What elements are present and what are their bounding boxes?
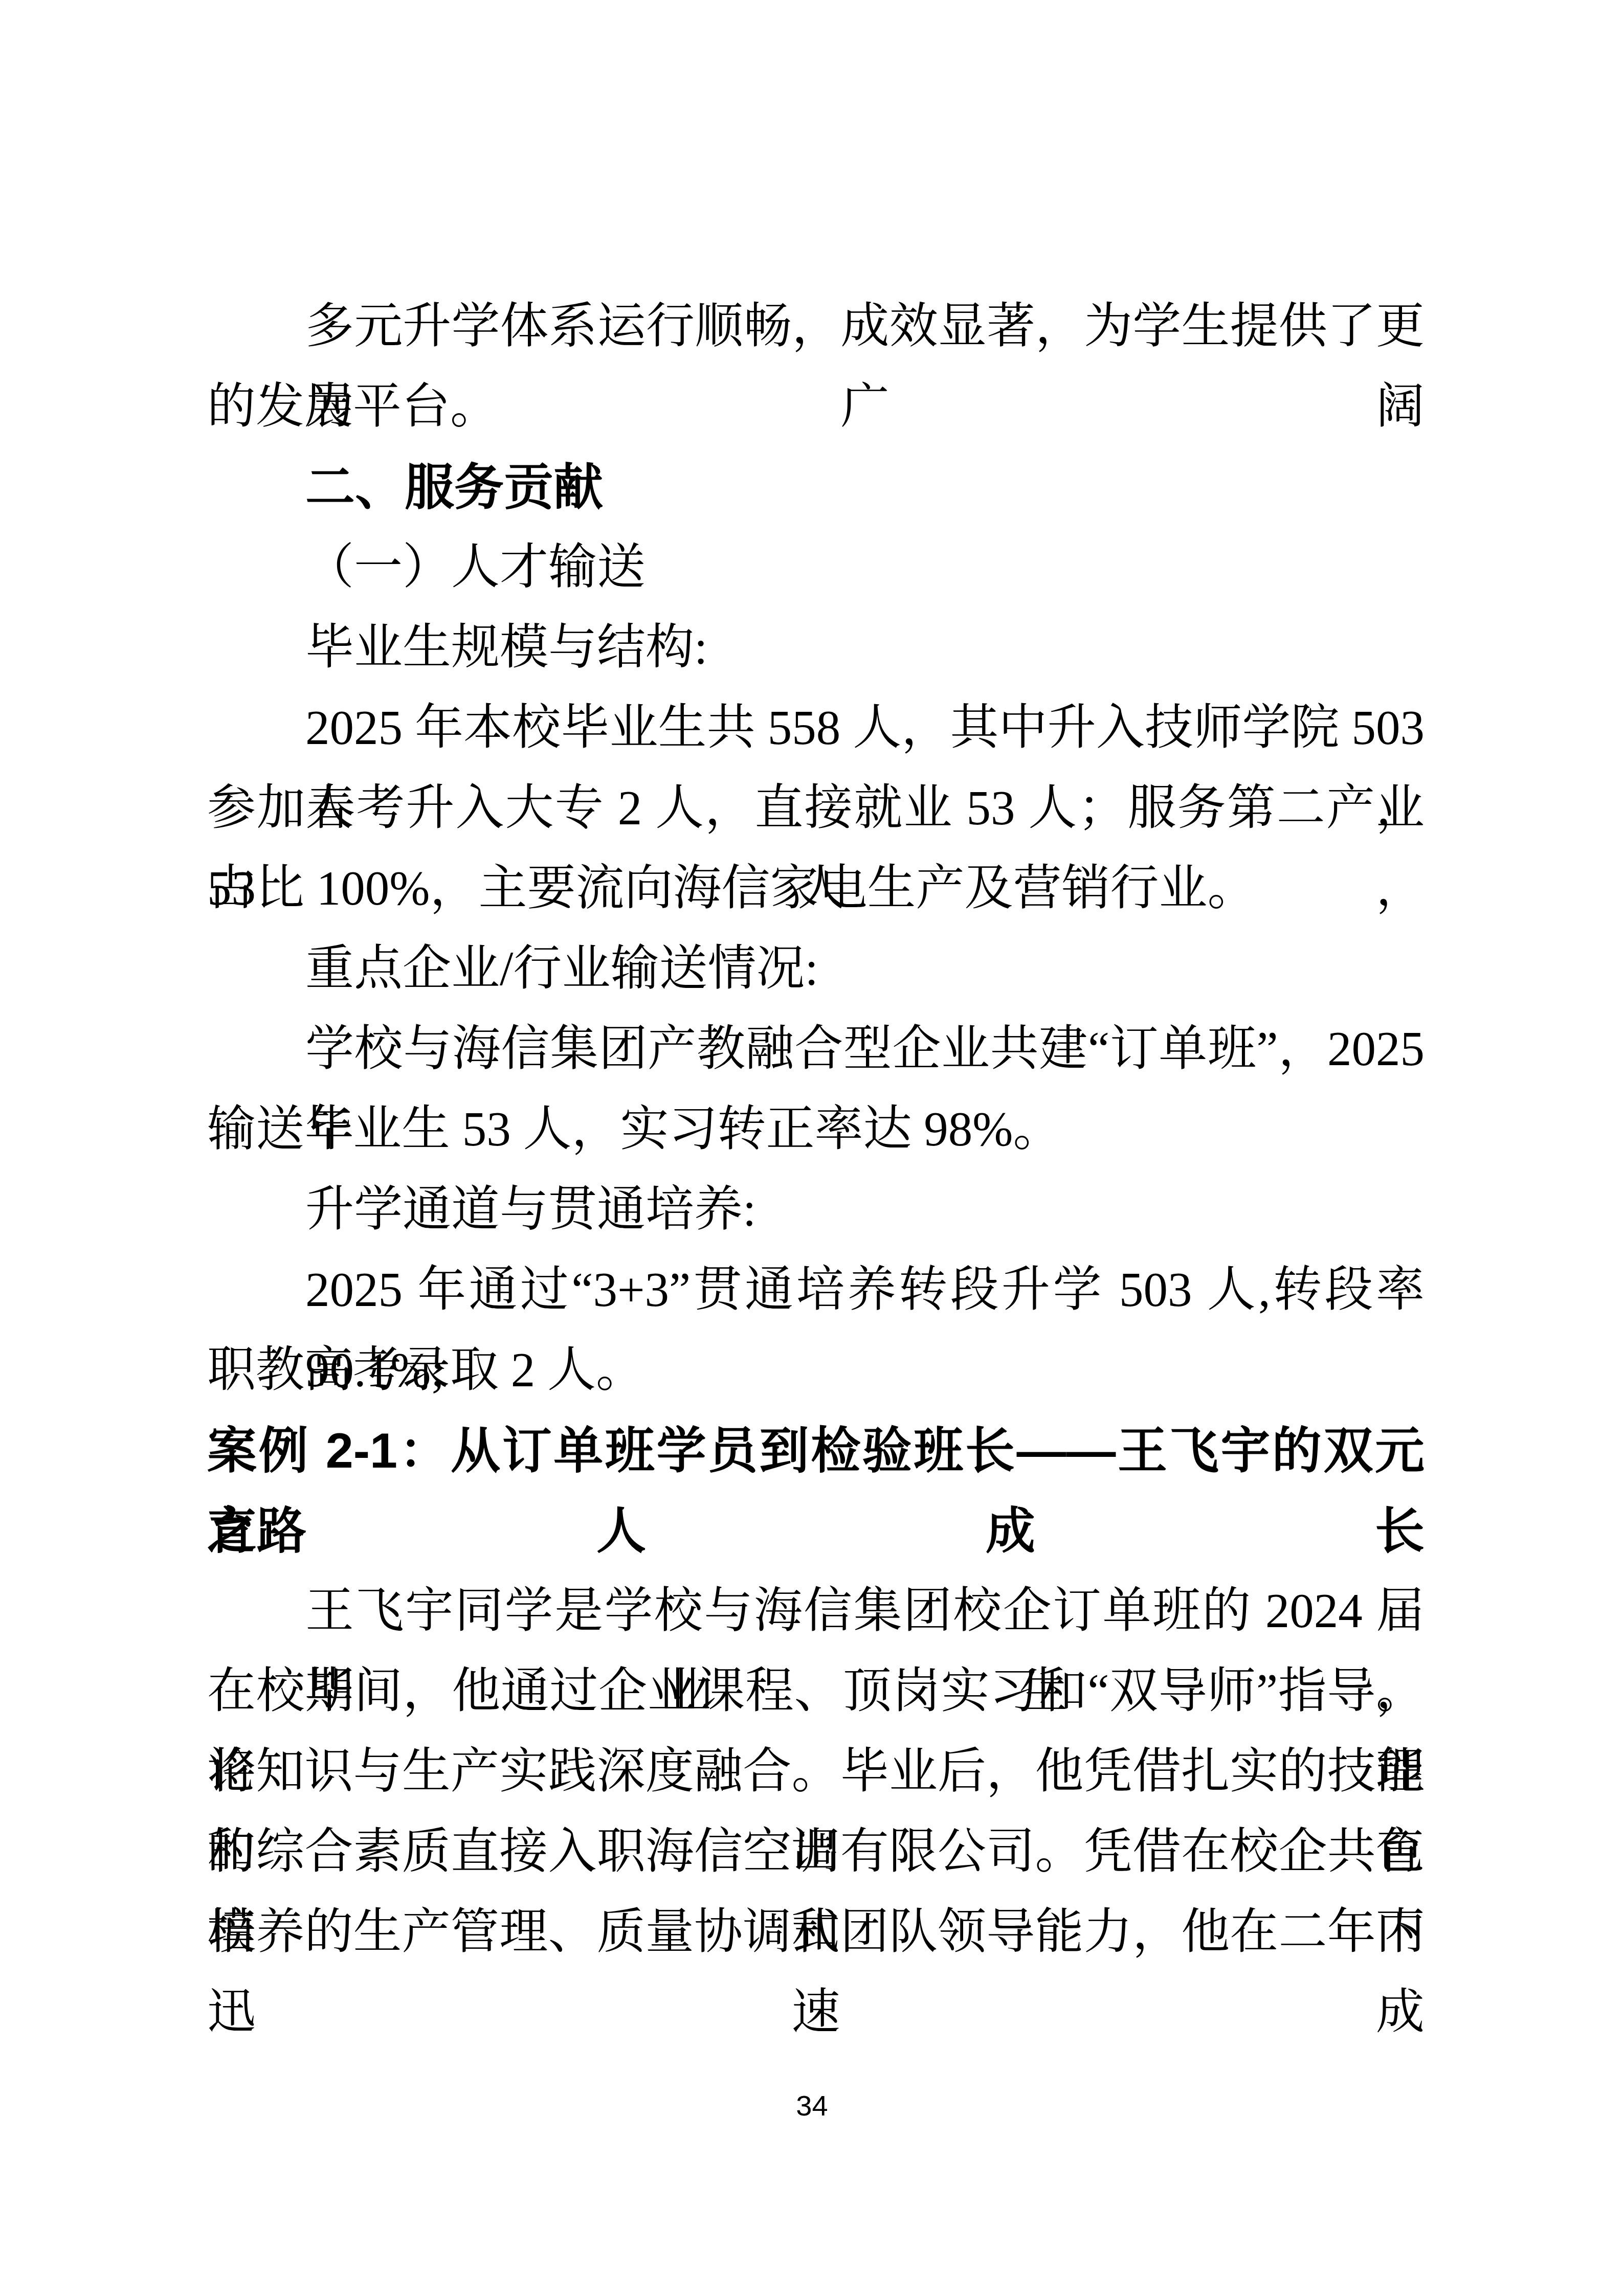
text-line: 2025 年通过“3+3”贯通培养转段升学 503 人,转段率 90.1%;: [207, 1250, 1425, 1330]
heading-line: 二、服务贡献: [207, 447, 1425, 527]
text-line: 学校与海信集团产教融合型企业共建“订单班”，2025 年: [207, 1009, 1425, 1089]
text-line: 王飞宇同学是学校与海信集团校企订单班的 2024 届毕业生。: [207, 1571, 1425, 1651]
text-line: 重点企业/行业输送情况:: [207, 929, 1425, 1009]
text-line: 毕业生规模与结构:: [207, 607, 1425, 688]
text-line: 多元升学体系运行顺畅，成效显著，为学生提供了更为广阔: [207, 286, 1425, 367]
text-line: 培养的生产管理、质量协调和团队领导能力，他在二年内迅速成: [207, 1892, 1425, 1972]
text-line: 输送毕业生 53 人，实习转正率达 98%。: [207, 1089, 1425, 1169]
text-line: 职教高考录取 2 人。: [207, 1330, 1425, 1410]
heading-line: 案例 2-1：从订单班学员到检验班长——王飞宇的双元育人成长: [207, 1410, 1425, 1491]
document-body: 多元升学体系运行顺畅，成效显著，为学生提供了更为广阔的发展平台。二、服务贡献（一…: [207, 286, 1425, 1972]
text-line: 升学通道与贯通培养:: [207, 1169, 1425, 1250]
document-page: 多元升学体系运行顺畅，成效显著，为学生提供了更为广阔的发展平台。二、服务贡献（一…: [0, 0, 1624, 2296]
text-line: 占比 100%，主要流向海信家电生产及营销行业。: [207, 848, 1425, 929]
text-line: 在校期间，他通过企业课程、顶岗实习和“双导师”指导，将理: [207, 1651, 1425, 1731]
text-line: 的综合素质直接入职海信空调有限公司。凭借在校企共育模式下: [207, 1812, 1425, 1892]
text-line: （一）人才输送: [207, 527, 1425, 607]
text-line: 参加春考升入大专 2 人，直接就业 53 人；服务第二产业 53 人，: [207, 768, 1425, 848]
page-number: 34: [0, 2090, 1624, 2121]
text-line: 论知识与生产实践深度融合。毕业后，他凭借扎实的技能和出色: [207, 1731, 1425, 1812]
text-line: 2025 年本校毕业生共 558 人，其中升入技师学院 503 人，: [207, 688, 1425, 768]
